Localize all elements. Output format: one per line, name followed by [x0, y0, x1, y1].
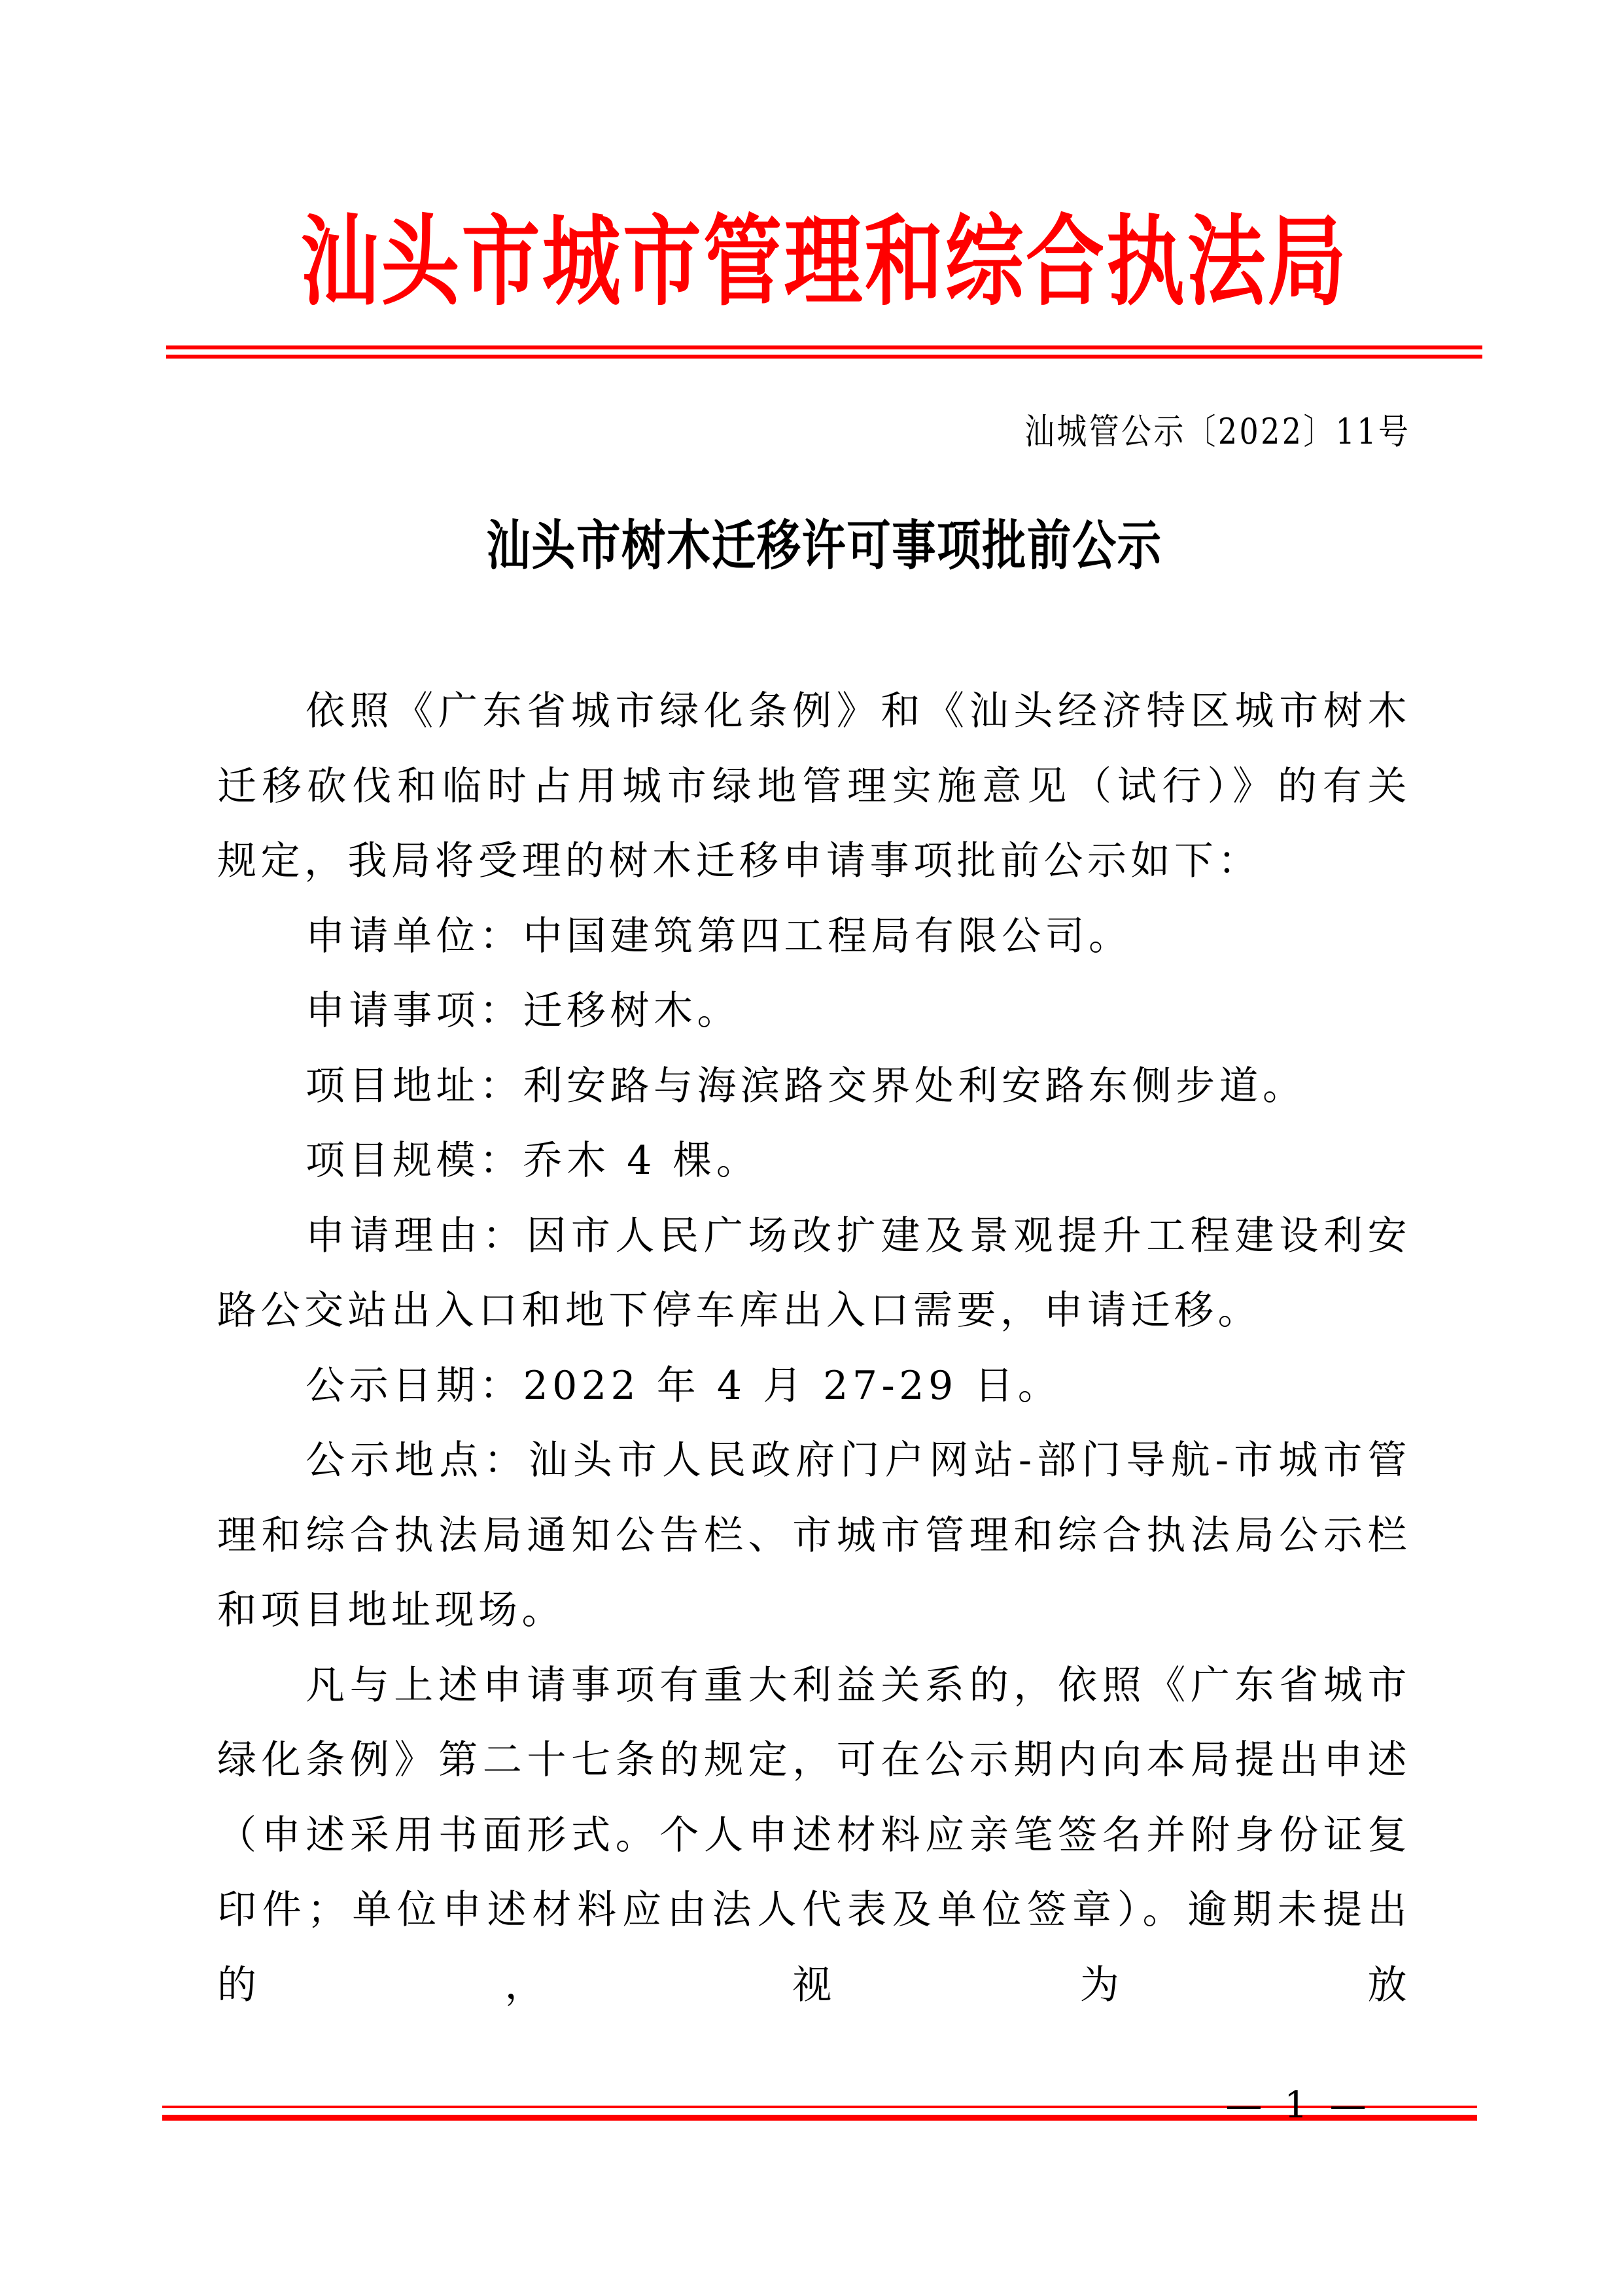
letterhead-org-name: 汕头市城市管理和综合执法局 [298, 203, 1351, 321]
intro-paragraph: 依照《广东省城市绿化条例》和《汕头经济特区城市树木迁移砍伐和临时占用城市绿地管理… [217, 674, 1411, 899]
document-number: 汕城管公示〔2022〕11号 [1024, 406, 1410, 458]
closing-paragraph: 凡与上述申请事项有重大利益关系的，依照《广东省城市绿化条例》第二十七条的规定，可… [217, 1648, 1411, 2023]
field-project-scale: 项目规模：乔木 4 棵。 [217, 1123, 1411, 1199]
field-value: 2022 年 4 月 27-29 日。 [523, 1363, 1062, 1409]
field-label: 申请单位： [305, 913, 523, 959]
field-applicant: 申请单位：中国建筑第四工程局有限公司。 [217, 899, 1411, 974]
document-title: 汕头市树木迁移许可事项批前公示 [285, 510, 1364, 582]
field-value: 迁移树木。 [523, 988, 741, 1034]
letterhead-rule-upper [166, 345, 1482, 349]
field-value: 乔木 4 棵。 [523, 1138, 760, 1184]
field-publicity-date: 公示日期：2022 年 4 月 27-29 日。 [217, 1349, 1411, 1424]
field-label: 申请理由： [305, 1213, 527, 1259]
field-label: 公示日期： [305, 1363, 523, 1409]
field-label: 项目地址： [305, 1063, 523, 1109]
page-number: — 1 — [1210, 2086, 1387, 2125]
letterhead-rule-lower [166, 355, 1482, 359]
field-value: 中国建筑第四工程局有限公司。 [523, 913, 1132, 959]
field-project-address: 项目地址：利安路与海滨路交界处利安路东侧步道。 [217, 1049, 1411, 1124]
document-body: 依照《广东省城市绿化条例》和《汕头经济特区城市树木迁移砍伐和临时占用城市绿地管理… [217, 674, 1411, 2022]
field-label: 申请事项： [305, 988, 523, 1034]
field-value: 利安路与海滨路交界处利安路东侧步道。 [523, 1063, 1306, 1109]
field-application-reason: 申请理由：因市人民广场改扩建及景观提升工程建设利安路公交站出入口和地下停车库出入… [217, 1199, 1411, 1349]
field-label: 公示地点： [305, 1438, 529, 1483]
field-publicity-location: 公示地点：汕头市人民政府门户网站-部门导航-市城市管理和综合执法局通知公告栏、市… [217, 1423, 1411, 1648]
field-label: 项目规模： [305, 1138, 523, 1184]
field-application-item: 申请事项：迁移树木。 [217, 974, 1411, 1049]
